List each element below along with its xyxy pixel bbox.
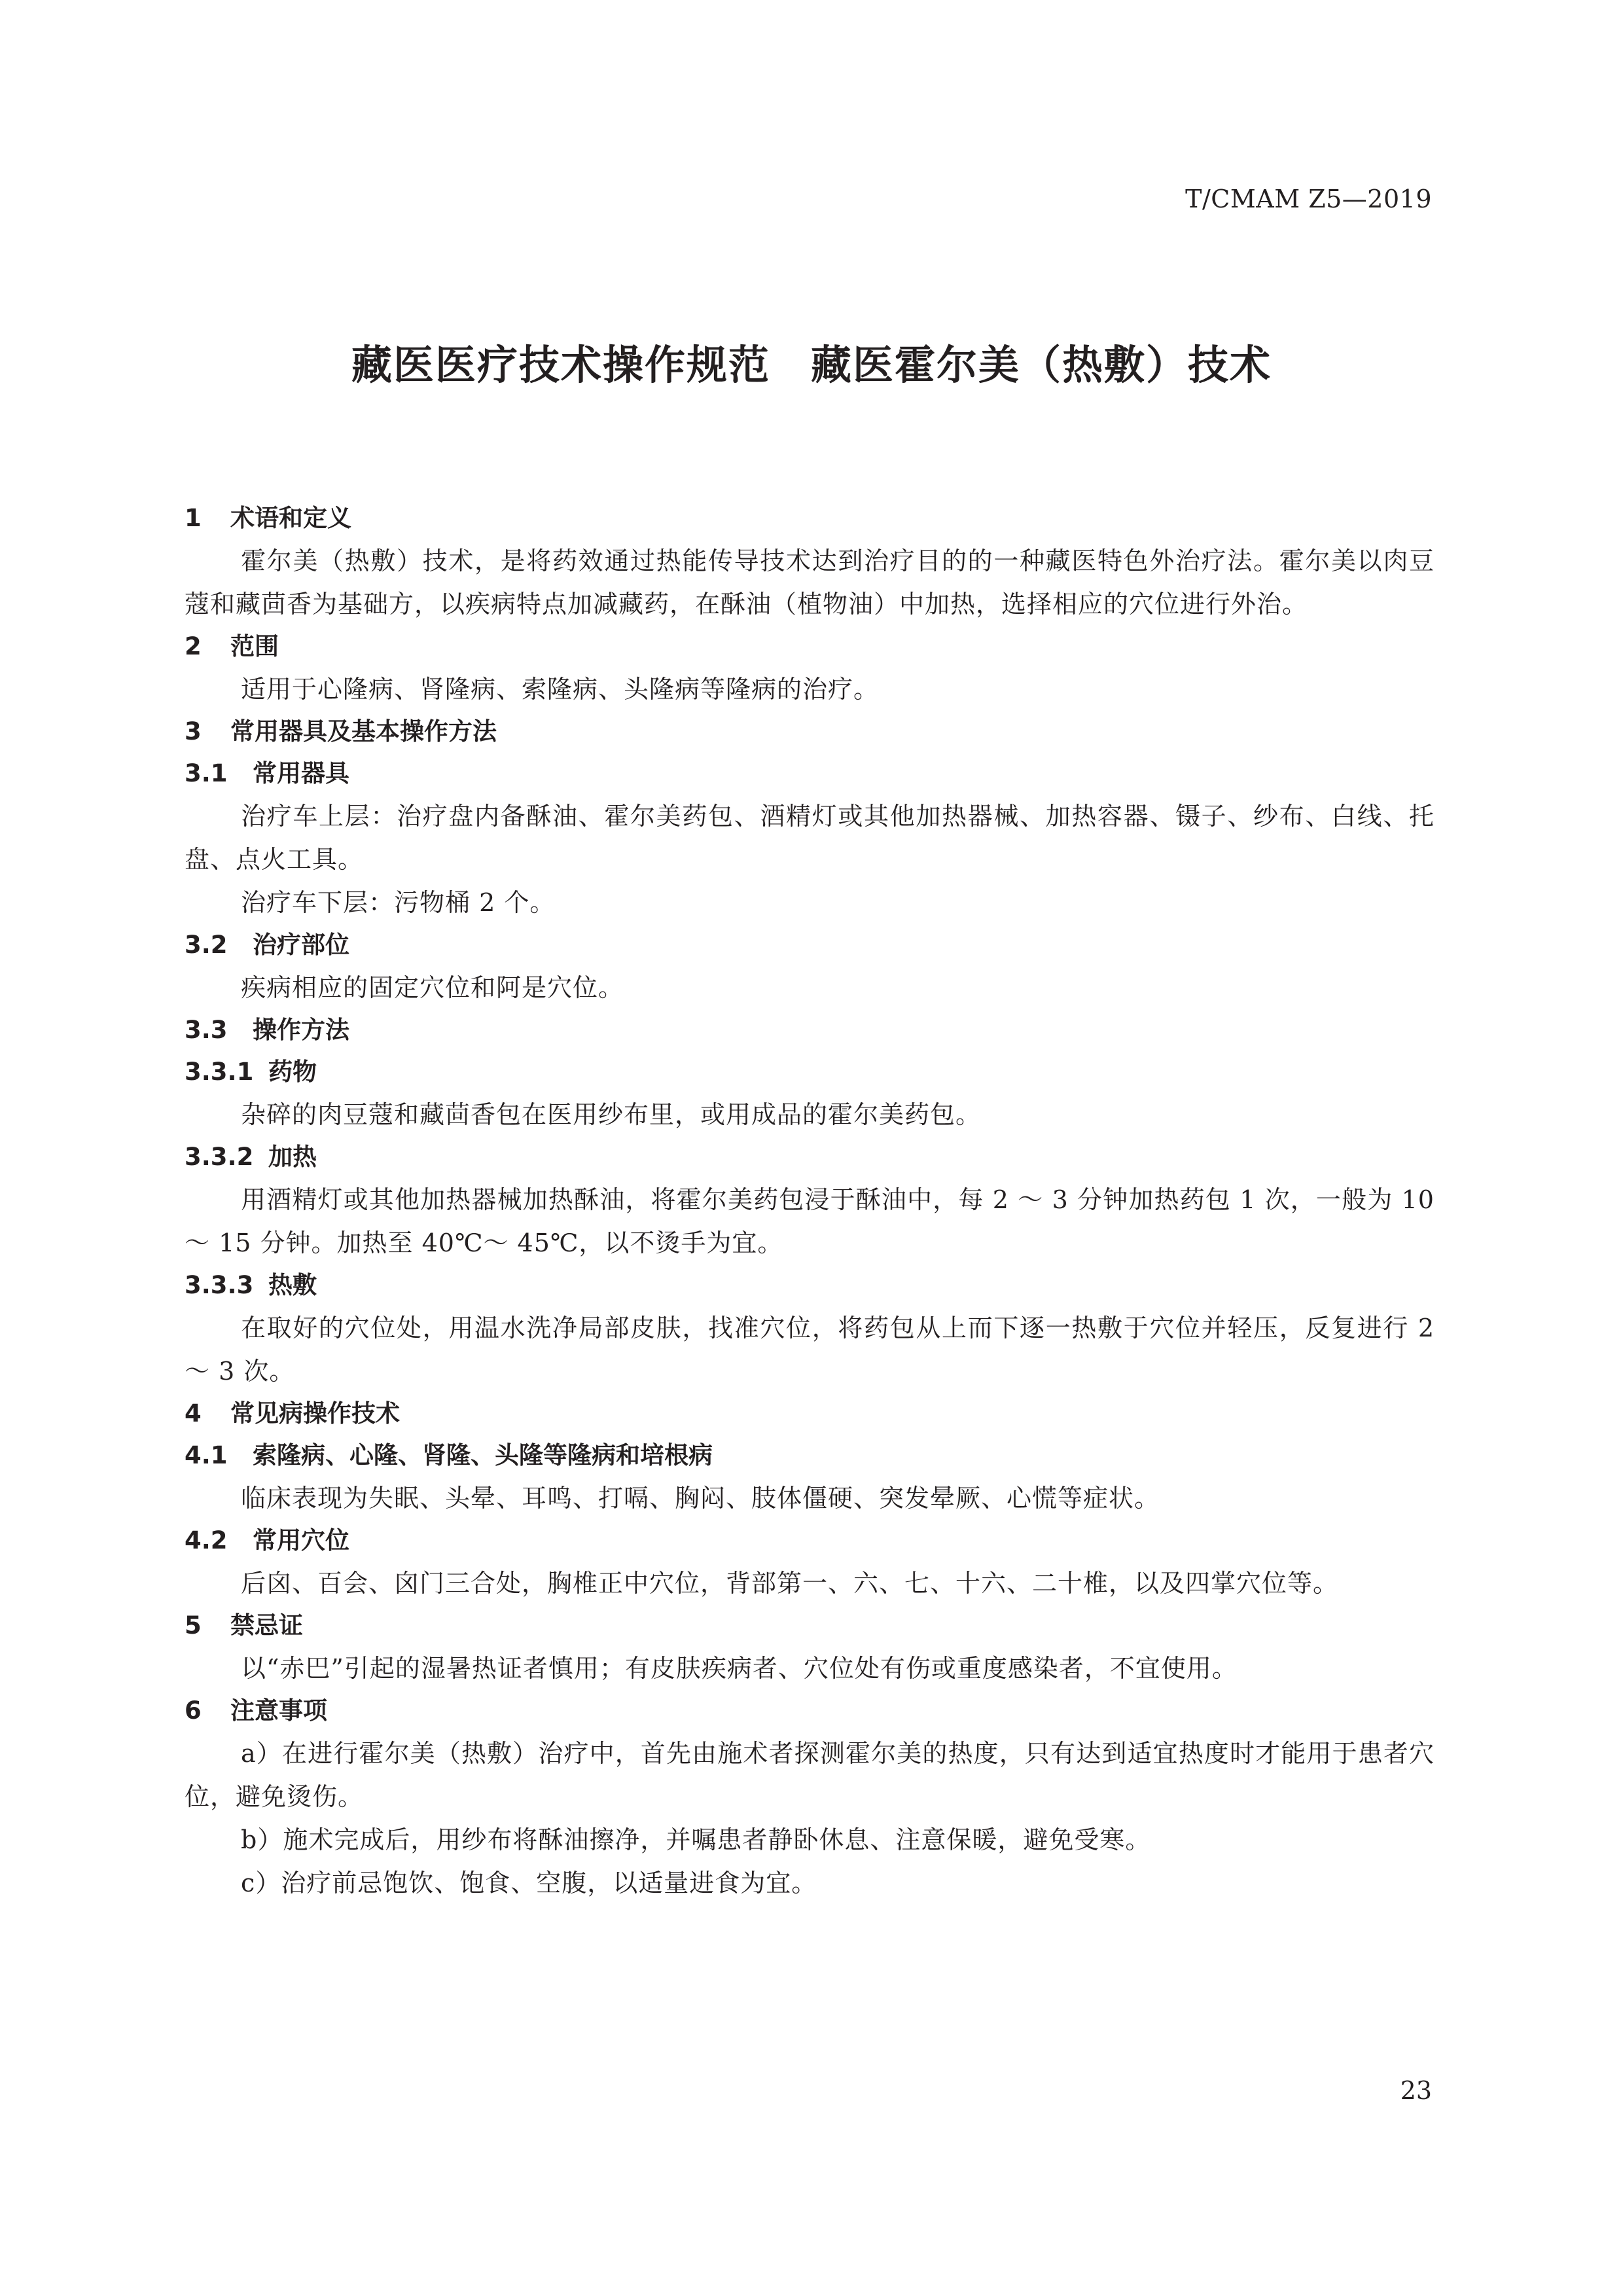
- subsection-heading: 3.1常用器具: [185, 753, 1435, 795]
- section-title: 常用器具及基本操作方法: [230, 717, 497, 745]
- section-number: 5: [185, 1605, 230, 1647]
- section-number: 3.3.1: [185, 1051, 268, 1093]
- paragraph: 霍尔美（热敷）技术，是将药效通过热能传导技术达到治疗目的的一种藏医特色外治疗法。…: [185, 539, 1435, 626]
- list-item: b）施术完成后，用纱布将酥油擦净，并嘱患者静卧休息、注意保暖，避免受寒。: [185, 1818, 1435, 1861]
- section-number: 6: [185, 1690, 230, 1732]
- page-title: 藏医医疗技术操作规范藏医霍尔美（热敷）技术: [0, 332, 1623, 391]
- paragraph: 治疗车下层：污物桶 2 个。: [185, 881, 1435, 924]
- subsection-heading: 3.2治疗部位: [185, 924, 1435, 966]
- paragraph: 疾病相应的固定穴位和阿是穴位。: [185, 966, 1435, 1009]
- section-title: 常用穴位: [253, 1526, 349, 1554]
- section-heading: 4常见病操作技术: [185, 1393, 1435, 1435]
- subsubsection-heading: 3.3.2加热: [185, 1136, 1435, 1178]
- paragraph: 用酒精灯或其他加热器械加热酥油，将霍尔美药包浸于酥油中，每 2 ～ 3 分钟加热…: [185, 1178, 1435, 1265]
- section-title: 热敷: [268, 1271, 317, 1299]
- paragraph: 以“赤巴”引起的湿暑热证者慎用；有皮肤疾病者、穴位处有伤或重度感染者，不宜使用。: [185, 1647, 1435, 1690]
- list-item: a）在进行霍尔美（热敷）治疗中，首先由施术者探测霍尔美的热度，只有达到适宜热度时…: [185, 1732, 1435, 1818]
- subsubsection-heading: 3.3.1药物: [185, 1051, 1435, 1093]
- section-heading: 2范围: [185, 626, 1435, 668]
- section-title: 索隆病、心隆、肾隆、头隆等隆病和培根病: [253, 1441, 713, 1469]
- standard-code: T/CMAM Z5—2019: [1185, 185, 1432, 213]
- title-part-2: 藏医霍尔美（热敷）技术: [811, 341, 1272, 389]
- section-number: 3.3: [185, 1009, 253, 1051]
- section-title: 常用器具: [253, 759, 349, 787]
- section-number: 4.1: [185, 1435, 253, 1477]
- subsection-heading: 4.1索隆病、心隆、肾隆、头隆等隆病和培根病: [185, 1435, 1435, 1477]
- subsection-heading: 4.2常用穴位: [185, 1520, 1435, 1562]
- section-number: 4: [185, 1393, 230, 1435]
- section-title: 常见病操作技术: [230, 1399, 400, 1427]
- section-number: 3.1: [185, 753, 253, 795]
- section-number: 2: [185, 626, 230, 668]
- paragraph: 适用于心隆病、肾隆病、索隆病、头隆病等隆病的治疗。: [185, 668, 1435, 711]
- subsubsection-heading: 3.3.3热敷: [185, 1265, 1435, 1306]
- section-heading: 5禁忌证: [185, 1605, 1435, 1647]
- list-item: c）治疗前忌饱饮、饱食、空腹，以适量进食为宜。: [185, 1861, 1435, 1905]
- page-number: 23: [1400, 2076, 1432, 2105]
- section-number: 3.3.3: [185, 1265, 268, 1306]
- section-number: 3: [185, 711, 230, 753]
- section-number: 1: [185, 497, 230, 539]
- section-title: 术语和定义: [230, 504, 351, 532]
- section-title: 禁忌证: [230, 1611, 303, 1640]
- section-number: 3.3.2: [185, 1136, 268, 1178]
- section-title: 范围: [230, 632, 279, 660]
- section-heading: 6注意事项: [185, 1690, 1435, 1732]
- section-number: 4.2: [185, 1520, 253, 1562]
- section-title: 操作方法: [253, 1016, 349, 1044]
- document-body: 1术语和定义 霍尔美（热敷）技术，是将药效通过热能传导技术达到治疗目的的一种藏医…: [185, 497, 1435, 1905]
- section-heading: 1术语和定义: [185, 497, 1435, 539]
- section-number: 3.2: [185, 924, 253, 966]
- paragraph: 后囟、百会、囟门三合处，胸椎正中穴位，背部第一、六、七、十六、二十椎，以及四掌穴…: [185, 1562, 1435, 1605]
- paragraph: 杂碎的肉豆蔻和藏茴香包在医用纱布里，或用成品的霍尔美药包。: [185, 1093, 1435, 1136]
- subsection-heading: 3.3操作方法: [185, 1009, 1435, 1051]
- title-part-1: 藏医医疗技术操作规范: [351, 341, 770, 389]
- section-heading: 3常用器具及基本操作方法: [185, 711, 1435, 753]
- paragraph: 治疗车上层：治疗盘内备酥油、霍尔美药包、酒精灯或其他加热器械、加热容器、镊子、纱…: [185, 795, 1435, 881]
- paragraph: 在取好的穴位处，用温水洗净局部皮肤，找准穴位，将药包从上而下逐一热敷于穴位并轻压…: [185, 1306, 1435, 1393]
- section-title: 注意事项: [230, 1696, 327, 1725]
- section-title: 治疗部位: [253, 931, 349, 959]
- section-title: 药物: [268, 1058, 317, 1086]
- paragraph: 临床表现为失眠、头晕、耳鸣、打嗝、胸闷、肢体僵硬、突发晕厥、心慌等症状。: [185, 1477, 1435, 1520]
- section-title: 加热: [268, 1143, 317, 1171]
